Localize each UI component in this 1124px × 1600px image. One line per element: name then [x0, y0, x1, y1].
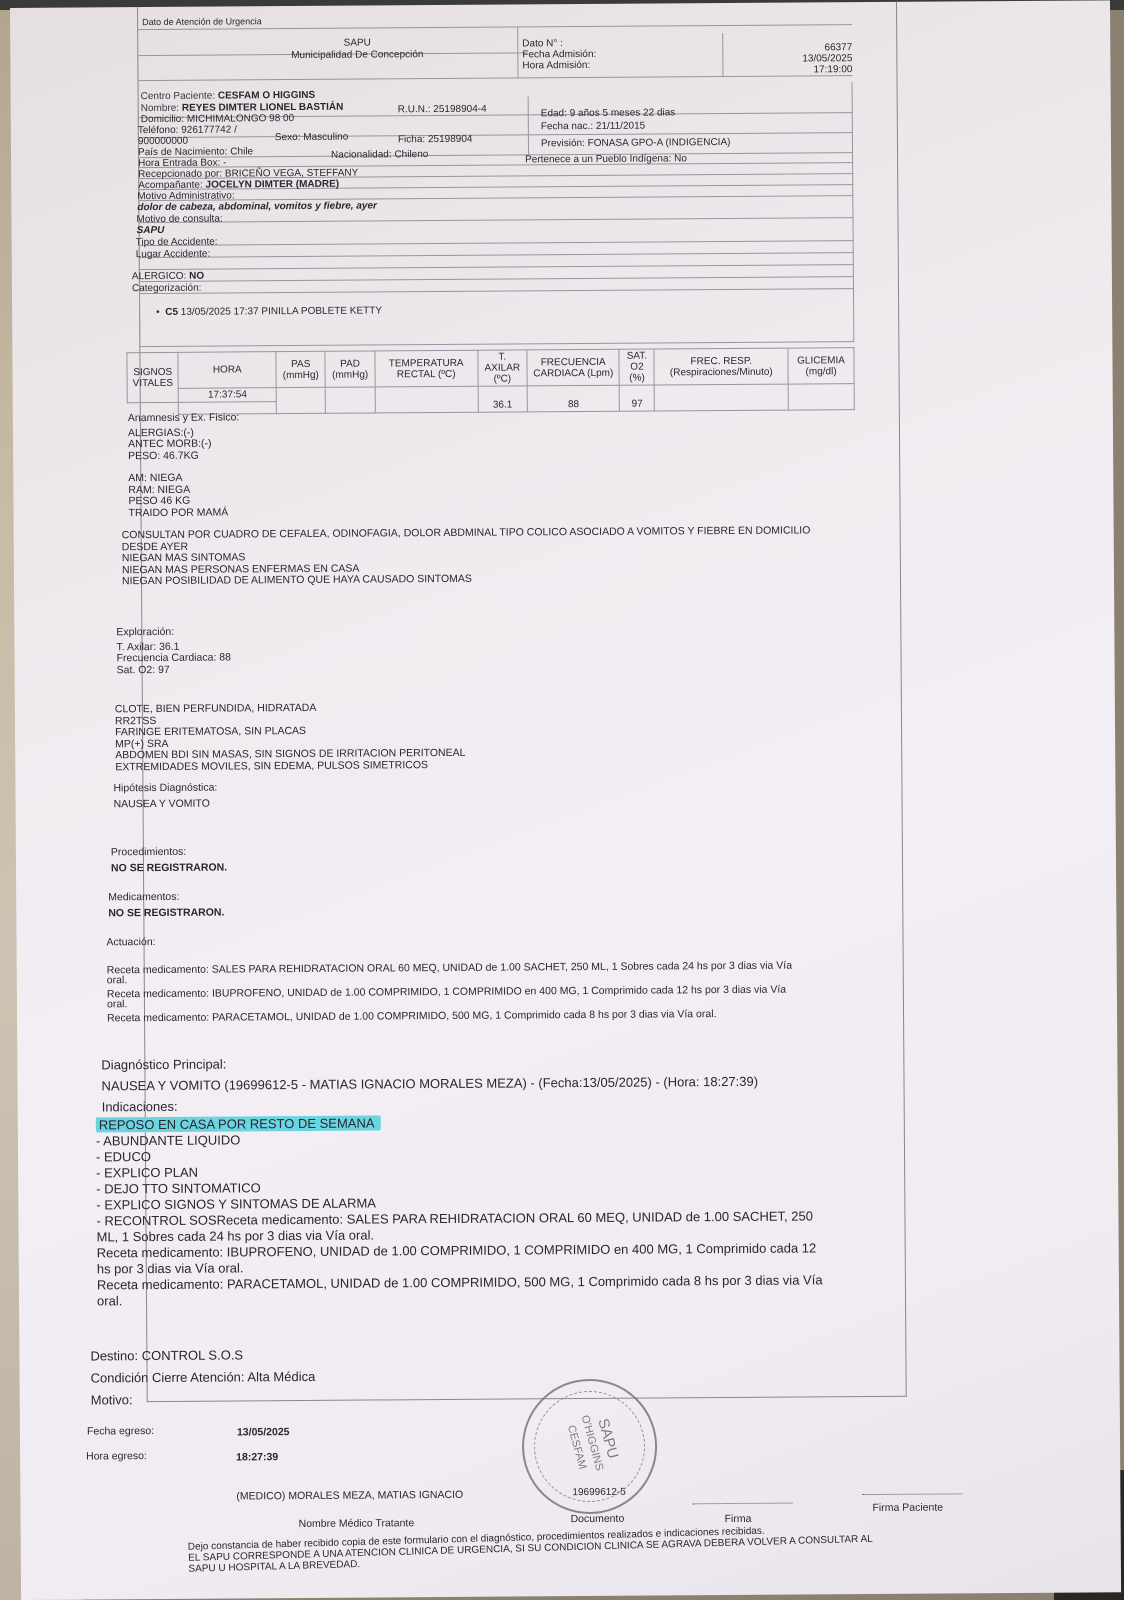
motivo-consulta-value: SAPU: [137, 225, 223, 237]
nacionalidad-field: Nacionalidad: Chileno: [331, 149, 428, 161]
exploracion-section: Exploración: T. Axilar: 36.1Frecuencia C…: [116, 625, 465, 773]
footer-disclaimer: Dejo constancia de haber recibido copia …: [188, 1523, 873, 1575]
field-label: Edad:: [541, 108, 567, 119]
exploracion-findings: CLOTE, BIEN PERFUNDIDA, HIDRATADARR2TSSF…: [115, 702, 466, 773]
prevision-value: FONASA GPO-A (INDIGENCIA): [588, 137, 731, 149]
dato-no-label: Dato N° :: [522, 38, 596, 50]
actuacion-prescriptions: Receta medicamento: SALES PARA REHIDRATA…: [107, 960, 793, 1023]
actuacion-section: Actuación: Receta medicamento: SALES PAR…: [106, 933, 792, 1027]
fecha-nac-value: 21/11/2015: [596, 121, 645, 132]
medicamentos-value: NO SE REGISTRARON.: [108, 905, 224, 922]
table-header: FREC. RESP. (Respiraciones/Minuto): [654, 348, 788, 385]
field-label: Tipo de Accidente:: [136, 237, 218, 249]
fecha-egreso-label: Fecha egreso:: [87, 1425, 154, 1437]
field-label: Categorización:: [132, 283, 202, 294]
fecha-egreso-value: 13/05/2025: [237, 1426, 290, 1438]
admission-values: 66377 13/05/2025 17:19:00: [732, 42, 852, 76]
hora-box-field: Hora Entrada Box: -: [138, 157, 226, 169]
firma-line: [692, 1503, 792, 1505]
field-label: Motivo de consulta:: [136, 214, 222, 226]
documento-label: Documento: [571, 1513, 625, 1525]
table-header-row: SIGNOS VITALES HORA PAS (mmHg) PAD (mmHg…: [127, 348, 854, 389]
nombre-field: Nombre: REYES DIMTER LIONEL BASTIÁN: [141, 102, 344, 114]
field-label: Domicilio:: [141, 114, 184, 125]
frec-resp-cell: [655, 384, 789, 411]
temp-rectal-cell: [375, 386, 478, 413]
categorizacion-entry: • C5 13/05/2025 17:37 PINILLA POBLETE KE…: [156, 305, 382, 318]
field-label: Teléfono:: [138, 125, 179, 136]
run-value: 25198904-4: [433, 104, 486, 115]
edad-field: Edad: 9 años 5 meses 22 dias: [541, 107, 676, 119]
field-label: Ficha:: [398, 134, 425, 145]
section-label: Anamnesis y Ex. Fisico:: [128, 408, 810, 424]
procedimientos-section: Procedimientos: NO SE REGISTRARON.: [111, 844, 227, 877]
telefono-value: 926177742 /: [181, 124, 237, 135]
field-label: Centro Paciente:: [141, 91, 216, 103]
categorizacion-detail: 13/05/2025 17:37 PINILLA POBLETE KETTY: [181, 305, 382, 317]
field-label: R.U.N.:: [398, 104, 431, 115]
field-label: ALERGICO:: [132, 271, 187, 282]
table-header: T. AXILAR (ºC): [477, 350, 527, 386]
section-label: Procedimientos:: [111, 844, 227, 861]
alergico-field: ALERGICO: NO: [132, 271, 204, 283]
table-header: TEMPERATURA RECTAL (ºC): [375, 350, 478, 387]
hora-box-value: -: [223, 157, 226, 168]
diagnostico-section: Diagnóstico Principal: NAUSEA Y VOMITO (…: [101, 1050, 758, 1118]
exploracion-vitals: T. Axilar: 36.1Frecuencia Cardiaca: 88Sa…: [116, 639, 464, 676]
lugar-accidente-field: Lugar Accidente:: [136, 249, 211, 261]
exploracion-line: EXTREMIDADES MOVILES, SIN EDEMA, PULSOS …: [115, 759, 465, 773]
sexo-field: Sexo: Masculino: [275, 132, 348, 144]
hipotesis-value: NAUSEA Y VOMITO: [114, 796, 218, 813]
procedimientos-value: NO SE REGISTRARON.: [111, 860, 227, 877]
anamnesis-section: Anamnesis y Ex. Fisico: ALERGIAS:(-)ANTE…: [128, 408, 811, 587]
sat-o2-cell: 97: [620, 385, 655, 411]
firma-paciente-line: [862, 1493, 962, 1495]
centro-paciente-value: CESFAM O HIGGINS: [218, 90, 315, 102]
field-label: Nombre:: [141, 103, 179, 114]
motivo-administrativo-value: dolor de cabeza, abdominal, vomitos y fi…: [137, 200, 377, 213]
table-header: PAD (mmHg): [325, 351, 375, 387]
official-stamp: SAPU O'HIGGINS CESFAM: [522, 1379, 658, 1515]
anamnesis-block-1: ALERGIAS:(-)ANTEC MORB:(-)PESO: 46.7KG: [128, 423, 810, 462]
categorizacion-code: C5: [165, 307, 178, 318]
table-header: FRECUENCIA CARDIACA (Lpm): [527, 349, 620, 386]
glicemia-cell: [788, 384, 854, 410]
field-label: País de Nacimiento:: [138, 146, 228, 158]
medico-tratante: (MEDICO) MORALES MEZA, MATIAS IGNACIO: [236, 1489, 463, 1503]
prescription-line: Receta medicamento: PARACETAMOL, UNIDAD …: [107, 1008, 792, 1023]
document-page: Dato de Atención de Urgencia SAPU Munici…: [10, 0, 1121, 1600]
destino-value: Destino: CONTROL S.O.S: [90, 1344, 315, 1368]
pais-value: Chile: [230, 146, 253, 157]
fecha-nac-field: Fecha nac.: 21/11/2015: [541, 121, 645, 133]
fecha-admision-label: Fecha Admisión:: [522, 49, 596, 61]
vital-signs-table: SIGNOS VITALES HORA PAS (mmHg) PAD (mmHg…: [126, 347, 854, 415]
anamnesis-block-3: CONSULTAN POR CUADRO DE CEFALEA, ODINOFA…: [122, 525, 811, 587]
anamnesis-block-2: AM: NIEGARAM: NIEGAPESO 46 KGTRAIDO POR …: [128, 468, 810, 519]
pueblo-indigena-value: No: [674, 153, 687, 164]
telefono-secondary-value: 900000000: [138, 135, 237, 147]
field-label: Pertenece a un Pueblo Indígena:: [525, 153, 671, 165]
field-label: Hora Entrada Box:: [138, 158, 220, 170]
domicilio-value: MICHIMALONGO 98 00: [187, 113, 294, 125]
categorizacion-field: Categorización:: [132, 283, 202, 294]
table-header-label: FREC. RESP.: [657, 355, 786, 367]
firma-label: Firma: [725, 1513, 752, 1525]
highlighted-indication: REPOSO EN CASA POR RESTO DE SEMANA: [96, 1115, 381, 1132]
pad-cell: [326, 387, 376, 413]
field-label: Fecha nac.:: [541, 121, 593, 132]
prescription-item: Receta medicamento: IBUPROFENO, UNIDAD d…: [107, 984, 792, 1010]
t-axilar-cell: 36.1: [478, 386, 528, 412]
field-label: Lugar Accidente:: [136, 249, 211, 261]
hora-egreso-label: Hora egreso:: [86, 1450, 147, 1462]
table-header: HORA: [178, 352, 276, 389]
hora-egreso-value: 18:27:39: [236, 1451, 278, 1463]
field-label: Recepcionado por:: [138, 169, 222, 181]
bullet-icon: •: [156, 307, 160, 318]
edad-value: 9 años 5 meses 22 dias: [570, 107, 676, 119]
medicamentos-section: Medicamentos: NO SE REGISTRARON.: [108, 889, 224, 922]
ficha-value: 25198904: [428, 134, 473, 145]
sexo-value: Masculino: [303, 132, 348, 143]
hora-admision-value: 17:19:00: [732, 64, 852, 76]
indicaciones-section: REPOSO EN CASA POR RESTO DE SEMANA - ABU…: [96, 1112, 823, 1309]
table-header: PAS (mmHg): [276, 351, 326, 387]
prevision-field: Previsión: FONASA GPO-A (INDIGENCIA): [541, 137, 731, 149]
table-header: SAT. O2 (%): [619, 349, 654, 385]
hipotesis-section: Hipótesis Diagnóstica: NAUSEA Y VOMITO: [113, 780, 217, 813]
table-header: GLICEMIA (mg/dl): [788, 348, 854, 384]
condicion-cierre-value: Condición Cierre Atención: Alta Médica: [90, 1366, 315, 1390]
institution-header: SAPU Municipalidad De Concepción: [252, 37, 462, 62]
admission-labels: Dato N° : Fecha Admisión: Hora Admisión:: [522, 38, 596, 72]
motivo-label: Motivo:: [91, 1388, 316, 1412]
dato-no-value: 66377: [732, 42, 852, 54]
recepcionado-value: BRICEÑO VEGA, STEFFANY: [225, 168, 358, 180]
field-label: Previsión:: [541, 138, 585, 149]
table-header: SIGNOS VITALES: [127, 352, 179, 402]
ficha-field: Ficha: 25198904: [398, 134, 473, 146]
municipality-name: Municipalidad De Concepción: [252, 49, 462, 62]
nacionalidad-value: Chileno: [394, 149, 428, 160]
form-title: Dato de Atención de Urgencia: [142, 16, 262, 27]
table-header-sub: (Respiraciones/Minuto): [657, 366, 786, 378]
emergency-care-form: Dato de Atención de Urgencia SAPU Munici…: [92, 0, 1113, 1597]
run-field: R.U.N.: 25198904-4: [398, 104, 487, 116]
prescription-item: Receta medicamento: PARACETAMOL, UNIDAD …: [107, 1008, 792, 1023]
fc-cell: 88: [527, 385, 620, 412]
pas-cell: [276, 387, 326, 413]
fecha-admision-value: 13/05/2025: [732, 53, 852, 65]
tipo-accidente-field: Tipo de Accidente:: [136, 237, 218, 249]
nombre-value: REYES DIMTER LIONEL BASTIÁN: [182, 102, 344, 114]
field-label: Nacionalidad:: [331, 149, 392, 160]
domicilio-field: Domicilio: MICHIMALONGO 98 00: [141, 113, 294, 125]
telefono-field: Teléfono: 926177742 / 900000000: [138, 124, 237, 147]
exploracion-line: Sat. O2: 97: [117, 662, 465, 676]
hora-cell: 17:37:54: [179, 388, 277, 403]
section-label: Medicamentos:: [108, 889, 224, 906]
indicaciones-list: - ABUNDANTE LIQUIDO- EDUCO- EXPLICO PLAN…: [96, 1128, 823, 1309]
cierre-section: Destino: CONTROL S.O.S Condición Cierre …: [90, 1344, 315, 1412]
motivo-consulta-field: Motivo de consulta: SAPU: [136, 214, 222, 237]
hora-admision-label: Hora Admisión:: [522, 60, 596, 72]
nombre-medico-label: Nombre Médico Tratante: [299, 1517, 415, 1530]
alergico-value: NO: [189, 271, 204, 282]
field-label: Acompañante:: [138, 180, 203, 191]
pueblo-indigena-field: Pertenece a un Pueblo Indígena: No: [525, 153, 687, 165]
centro-paciente-field: Centro Paciente: CESFAM O HIGGINS: [141, 90, 316, 102]
motivo-administrativo-field: Motivo Administrativo: dolor de cabeza, …: [137, 189, 377, 213]
firma-paciente-label: Firma Paciente: [872, 1502, 943, 1514]
prescription-item: Receta medicamento: SALES PARA REHIDRATA…: [107, 960, 792, 986]
pais-field: País de Nacimiento: Chile: [138, 146, 253, 158]
field-label: Sexo:: [275, 132, 301, 143]
section-label: Exploración:: [116, 625, 464, 639]
section-label: Hipótesis Diagnóstica:: [113, 780, 217, 797]
